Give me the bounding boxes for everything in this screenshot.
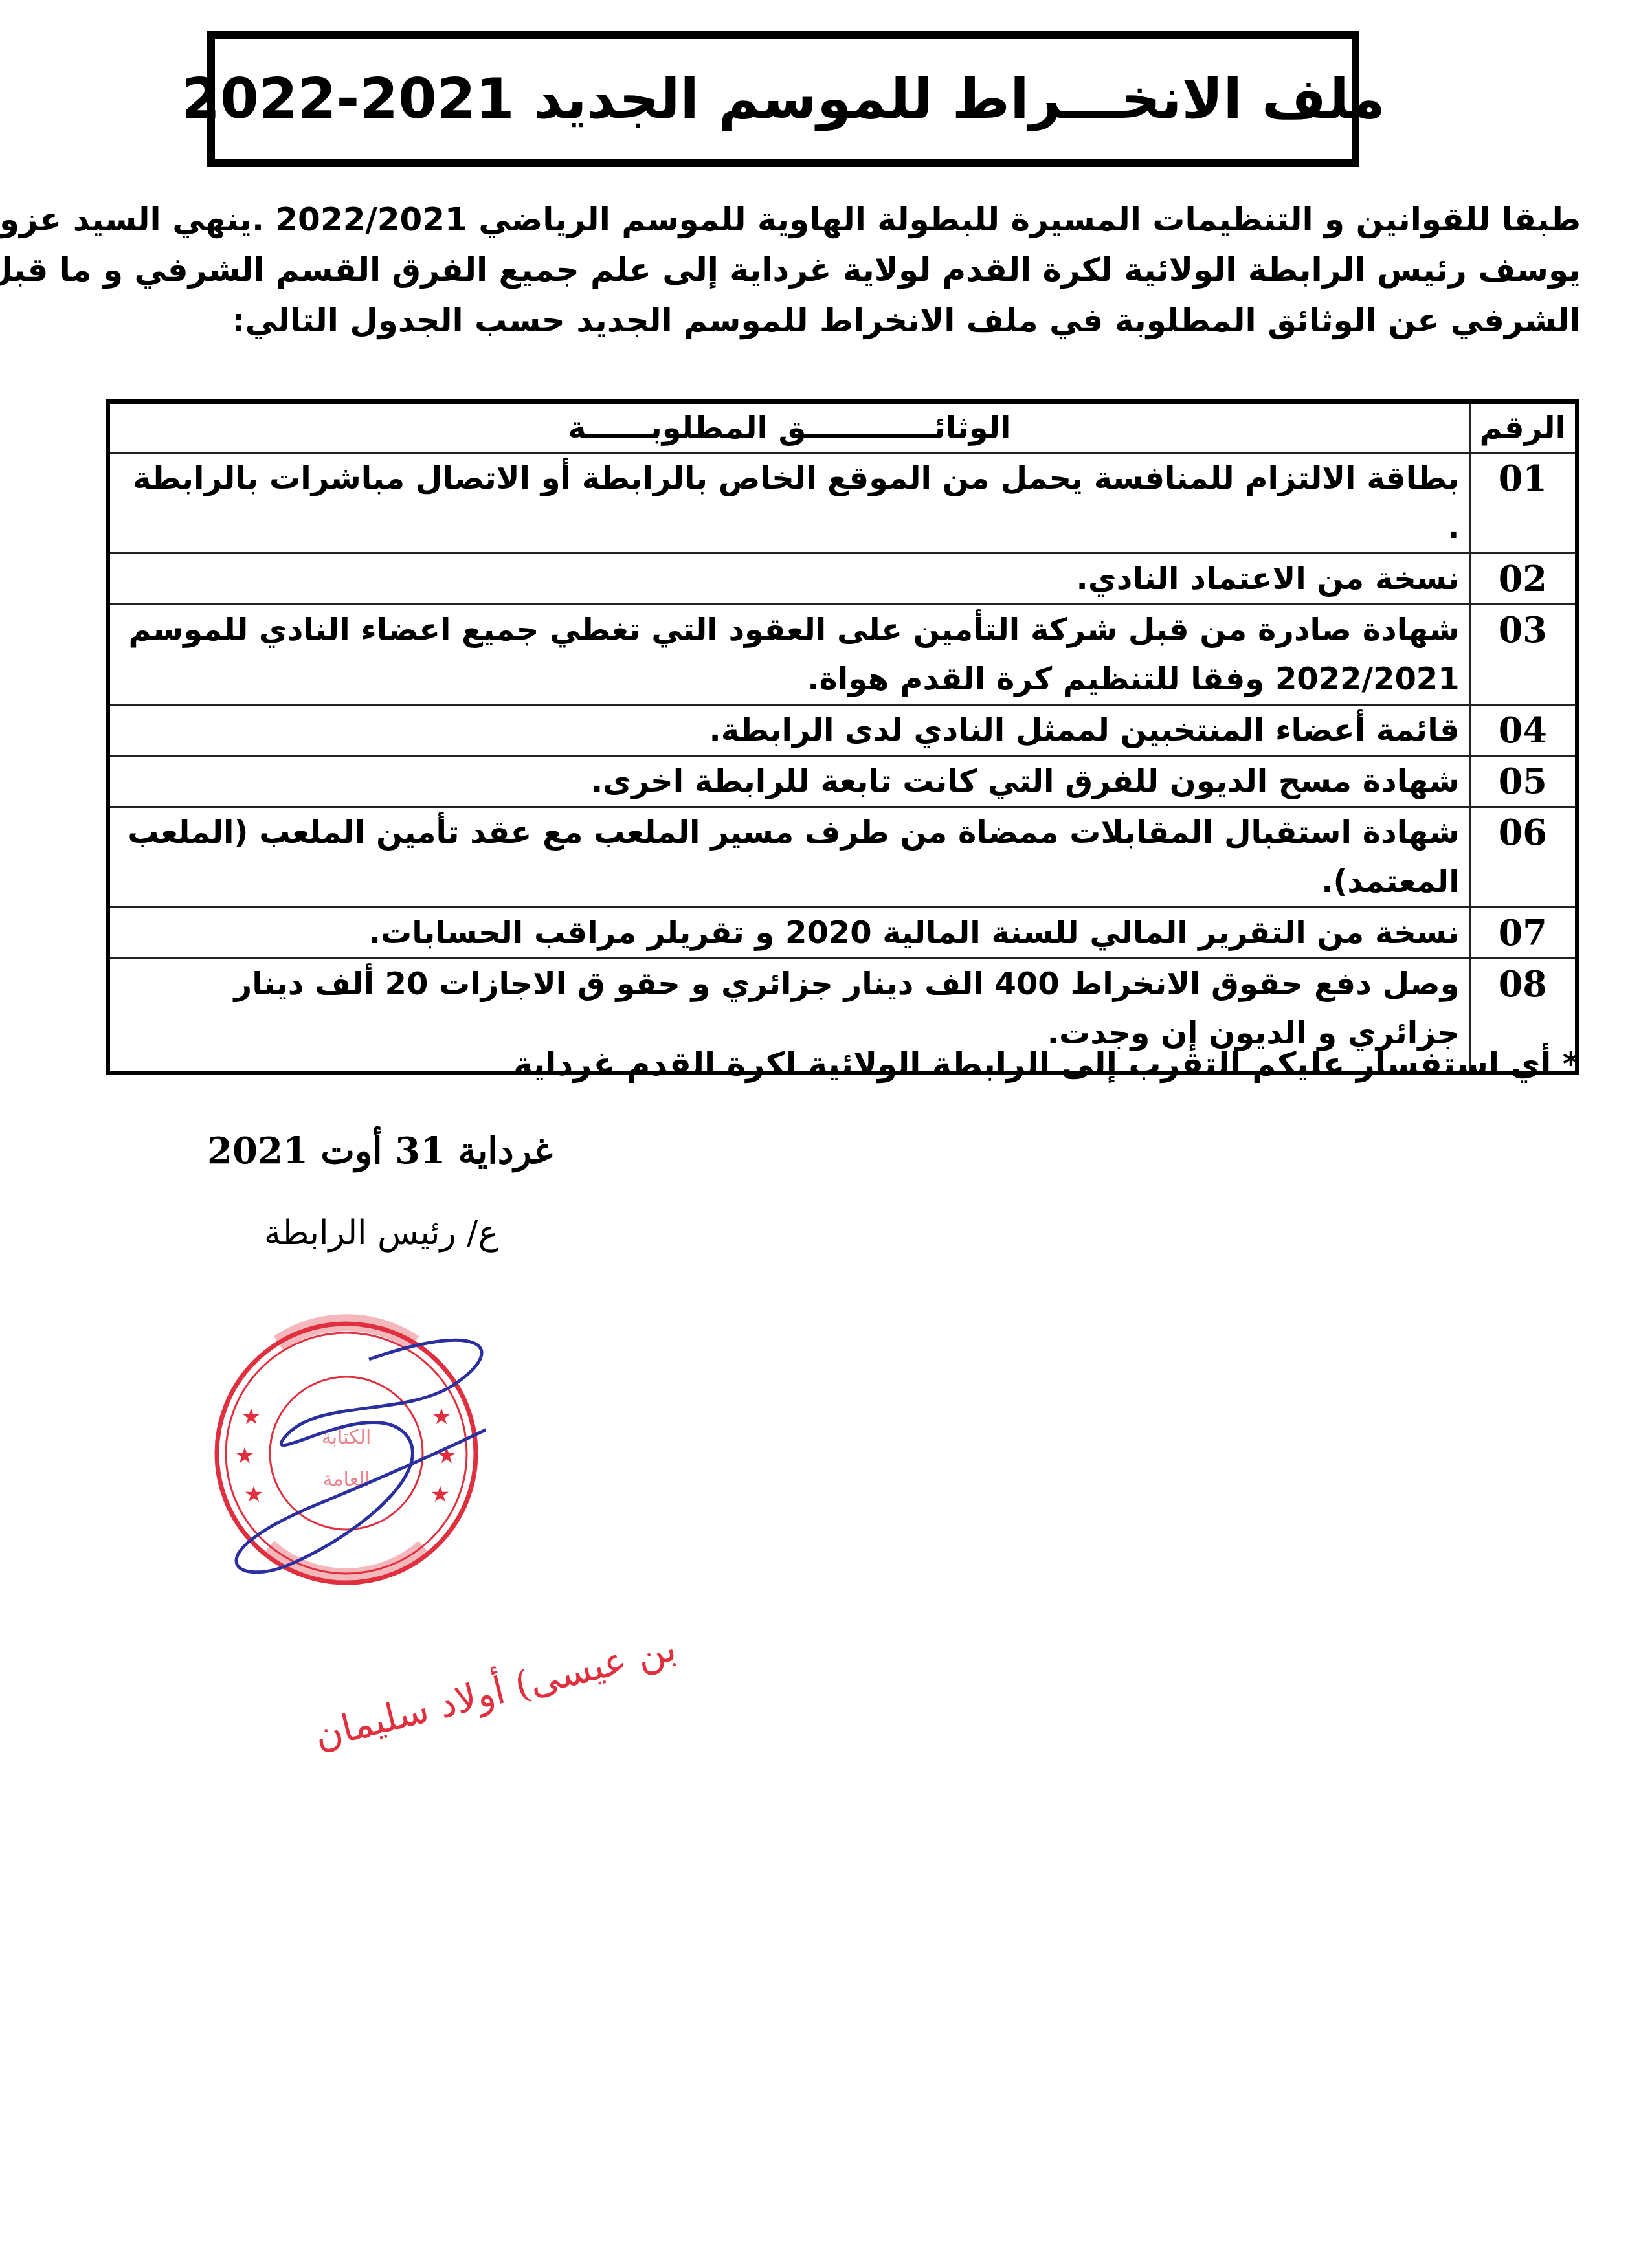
row-text: نسخة من التقرير المالي للسنة المالية 202… [108,908,1470,959]
intro-line-2: يوسف رئيس الرابطة الولائية لكرة القدم لو… [175,245,1581,295]
table-header-row: الرقم الوثائــــــــــــق المطلوبــــــة [108,402,1578,453]
row-text: قائمة أعضاء المنتخبين لممثل النادي لدى ا… [108,705,1470,756]
svg-text:★: ★ [241,1404,261,1430]
table-row: 04 قائمة أعضاء المنتخبين لممثل النادي لد… [108,705,1578,756]
table-row: 06 شهادة استقبال المقابلات ممضاة من طرف … [108,807,1578,908]
svg-text:العامة: العامة [322,1468,370,1491]
row-number: 06 [1469,807,1577,908]
official-stamp-icon: الكتابة العامة ★ ★ ★ ★ ★ ★ [207,1314,486,1592]
row-text: بطاقة الالتزام للمنافسة يحمل من الموقع ا… [108,453,1470,553]
row-text: شهادة صادرة من قبل شركة التأمين على العق… [108,605,1470,705]
row-number: 02 [1469,553,1577,605]
row-text: شهادة مسح الديون للفرق التي كانت تابعة ل… [108,756,1470,807]
row-number: 05 [1469,756,1577,807]
header-number: الرقم [1469,402,1577,453]
footnote: * أي استفسار عليكم التقرب إلى الرابطة ال… [513,1045,1579,1083]
row-number: 03 [1469,605,1577,705]
title-box: ملف الانخـــراط للموسم الجديد 2021-2022 [207,31,1359,167]
name-stamp: بن عيسى) أولاد سليمان [310,1625,680,1757]
intro-paragraph: طبقا للقوانين و التنظيمات المسيرة للبطول… [175,194,1581,346]
table-row: 07 نسخة من التقرير المالي للسنة المالية … [108,908,1578,959]
svg-text:★: ★ [244,1482,263,1508]
header-documents: الوثائــــــــــــق المطلوبــــــة [108,402,1470,453]
svg-text:★: ★ [235,1443,254,1469]
signatory-title: ع/ رئيس الرابطة [264,1214,498,1253]
row-number: 01 [1469,453,1577,553]
row-text: نسخة من الاعتماد النادي. [108,553,1470,605]
row-number: 07 [1469,908,1577,959]
row-number: 04 [1469,705,1577,756]
date-line: غرداية 31 أوت 2021 [207,1130,553,1172]
intro-line-1: طبقا للقوانين و التنظيمات المسيرة للبطول… [175,194,1581,245]
table-row: 05 شهادة مسح الديون للفرق التي كانت تابع… [108,756,1578,807]
table-row: 02 نسخة من الاعتماد النادي. [108,553,1578,605]
row-text: شهادة استقبال المقابلات ممضاة من طرف مسي… [108,807,1470,908]
table-row: 01 بطاقة الالتزام للمنافسة يحمل من الموق… [108,453,1578,553]
svg-text:★: ★ [432,1404,451,1430]
intro-line-3: الشرفي عن الوثائق المطلوبة في ملف الانخر… [175,295,1581,346]
document-title: ملف الانخـــراط للموسم الجديد 2021-2022 [181,67,1385,131]
table-row: 03 شهادة صادرة من قبل شركة التأمين على ا… [108,605,1578,705]
svg-text:★: ★ [430,1482,450,1508]
required-documents-table: الرقم الوثائــــــــــــق المطلوبــــــة… [106,399,1579,1075]
